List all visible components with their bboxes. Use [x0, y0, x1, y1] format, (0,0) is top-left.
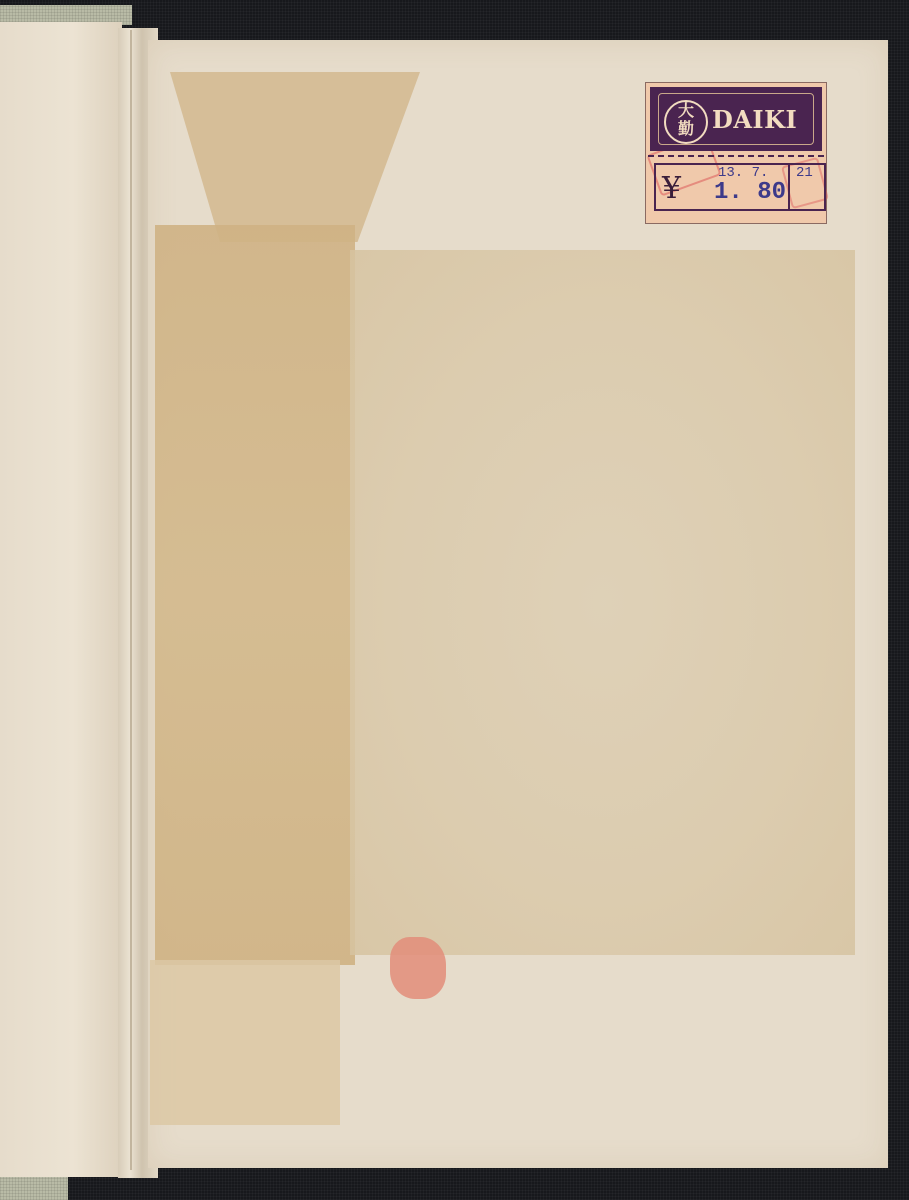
gutter-fold-line: [130, 30, 132, 1170]
left-page: [0, 22, 122, 1177]
tear-line: [648, 155, 824, 157]
yen-symbol: ¥: [662, 171, 681, 206]
stain-bottom-left: [150, 960, 340, 1125]
logo-glyph-bottom: 勤: [666, 120, 706, 138]
brand-name: DAIKI: [712, 105, 797, 134]
price-divider: [788, 165, 790, 209]
stain-main-rectangle: [350, 250, 855, 955]
daiki-logo-icon: 大 勤: [664, 100, 708, 144]
spine-cloth-bottom: [0, 1175, 68, 1200]
logo-glyph-top: 大: [666, 102, 706, 120]
price-box: ¥ 13. 7. 21 1. 80: [654, 163, 826, 211]
pixelated-red-mark: [390, 937, 446, 999]
label-header: 大 勤 DAIKI: [650, 87, 822, 151]
bookseller-price-label: 大 勤 DAIKI ¥ 13. 7. 21 1. 80: [645, 82, 827, 224]
stain-left-band: [155, 225, 355, 965]
stamped-price: 1. 80: [714, 179, 786, 206]
stamped-date-day: 21: [796, 165, 813, 181]
